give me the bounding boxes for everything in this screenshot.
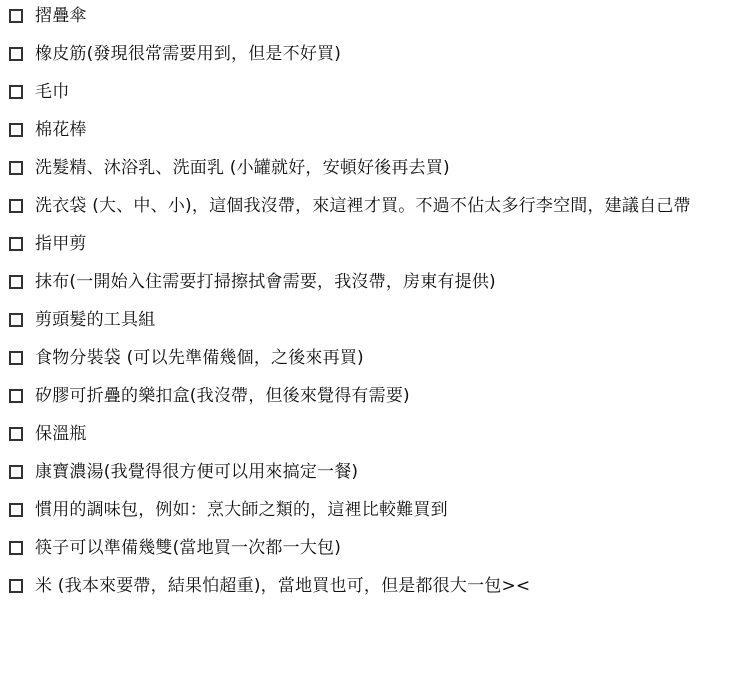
item-label: 食物分裝袋 (可以先準備幾個，之後來再買) [35,348,364,368]
checklist-item: 指甲剪 [0,230,740,258]
checklist-item: 抹布(一開始入住需要打掃擦拭會需要，我沒帶，房東有提供) [0,268,740,296]
checkbox-icon[interactable] [9,427,23,441]
checklist-item: 筷子可以準備幾雙(當地買一次都一大包) [0,534,740,562]
checkbox-icon[interactable] [9,199,23,213]
checklist-item: 慣用的調味包，例如：烹大師之類的，這裡比較難買到 [0,496,740,524]
item-label: 洗髮精、沐浴乳、洗面乳 (小罐就好，安頓好後再去買) [35,158,450,178]
checklist-item: 洗髮精、沐浴乳、洗面乳 (小罐就好，安頓好後再去買) [0,154,740,182]
checkbox-icon[interactable] [9,237,23,251]
item-label: 洗衣袋 (大、中、小)，這個我沒帶，來這裡才買。不過不佔太多行李空間，建議自己帶 [35,196,691,216]
checklist-item: 米 (我本來要帶，結果怕超重)，當地買也可，但是都很大一包>< [0,572,740,600]
item-label: 橡皮筋(發現很常需要用到，但是不好買) [35,44,341,64]
checkbox-icon[interactable] [9,313,23,327]
item-label: 康寶濃湯(我覺得很方便可以用來搞定一餐) [35,462,358,482]
checkbox-icon[interactable] [9,9,23,23]
item-label: 筷子可以準備幾雙(當地買一次都一大包) [35,538,341,558]
checklist-item: 摺疊傘 [0,2,740,30]
checklist-item: 矽膠可折疊的樂扣盒(我沒帶，但後來覺得有需要) [0,382,740,410]
item-label: 摺疊傘 [35,6,87,26]
checklist-item: 棉花棒 [0,116,740,144]
checklist-item: 保溫瓶 [0,420,740,448]
checkbox-icon[interactable] [9,161,23,175]
item-label: 矽膠可折疊的樂扣盒(我沒帶，但後來覺得有需要) [35,386,410,406]
checklist-item: 康寶濃湯(我覺得很方便可以用來搞定一餐) [0,458,740,486]
checkbox-icon[interactable] [9,465,23,479]
checklist-item: 洗衣袋 (大、中、小)，這個我沒帶，來這裡才買。不過不佔太多行李空間，建議自己帶 [0,192,740,220]
item-label: 剪頭髮的工具組 [35,310,155,330]
checkbox-icon[interactable] [9,503,23,517]
item-label: 慣用的調味包，例如：烹大師之類的，這裡比較難買到 [35,500,448,520]
checkbox-icon[interactable] [9,275,23,289]
checkbox-icon[interactable] [9,123,23,137]
item-label: 指甲剪 [35,234,87,254]
packing-checklist: 摺疊傘 橡皮筋(發現很常需要用到，但是不好買) 毛巾 棉花棒 洗髮精、沐浴乳、洗… [0,0,740,448]
item-label: 棉花棒 [35,120,87,140]
item-label: 保溫瓶 [35,424,87,444]
checkbox-icon[interactable] [9,351,23,365]
checkbox-icon[interactable] [9,389,23,403]
checklist-item: 橡皮筋(發現很常需要用到，但是不好買) [0,40,740,68]
checkbox-icon[interactable] [9,47,23,61]
checkbox-icon[interactable] [9,85,23,99]
checklist-item: 毛巾 [0,78,740,106]
item-label: 抹布(一開始入住需要打掃擦拭會需要，我沒帶，房東有提供) [35,272,496,292]
checkbox-icon[interactable] [9,541,23,555]
checklist-item: 食物分裝袋 (可以先準備幾個，之後來再買) [0,344,740,372]
item-label: 毛巾 [35,82,69,102]
checklist-item: 剪頭髮的工具組 [0,306,740,334]
checkbox-icon[interactable] [9,579,23,593]
item-label: 米 (我本來要帶，結果怕超重)，當地買也可，但是都很大一包>< [35,576,530,596]
